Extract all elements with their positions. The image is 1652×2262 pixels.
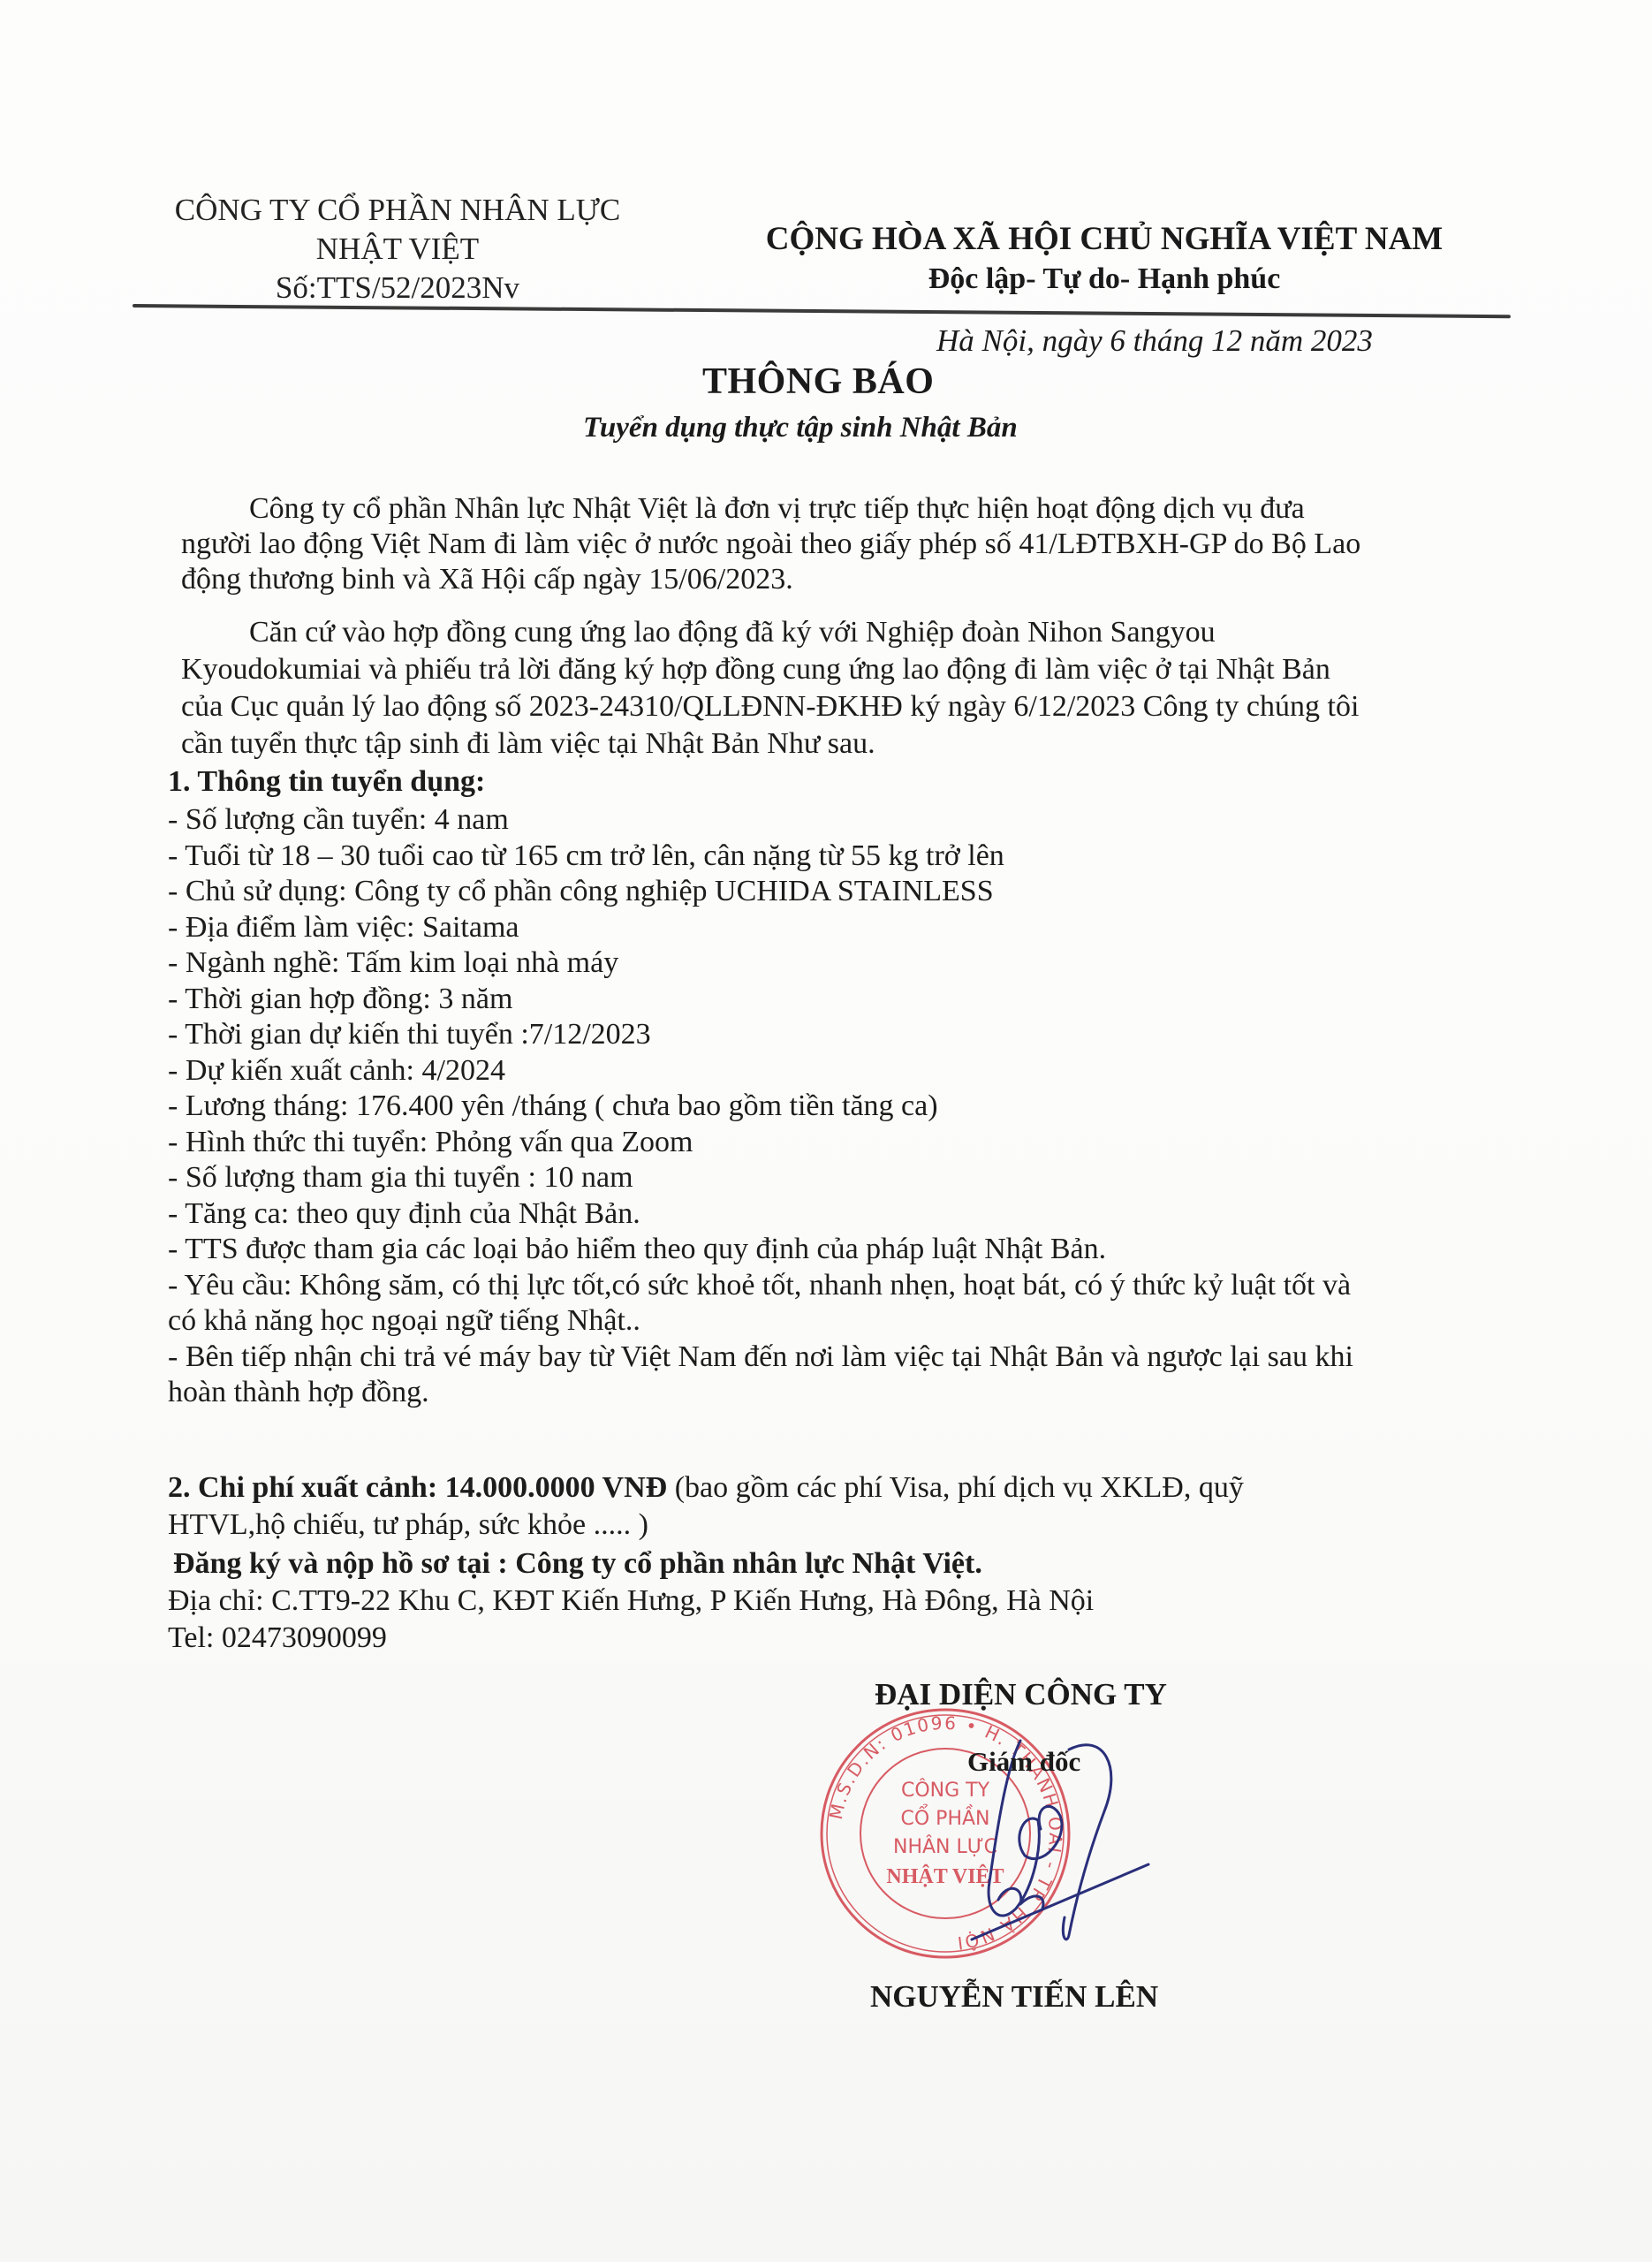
signer-role: Giám đốc <box>967 1746 1080 1778</box>
recruitment-info-item: - Chủ sử dụng: Công ty cổ phần công nghi… <box>168 874 994 909</box>
intro-p1-line: người lao động Việt Nam đi làm việc ở nư… <box>181 527 1360 562</box>
document-number: Số:TTS/52/2023Nv <box>133 269 663 307</box>
document-title: THÔNG BÁO <box>702 361 934 403</box>
nation-header: CỘNG HÒA XÃ HỘI CHỦ NGHĨA VIỆT NAM Độc l… <box>716 219 1493 299</box>
section1-heading: 1. Thông tin tuyển dụng: <box>168 764 485 800</box>
recruitment-info-item: - Số lượng tham gia thi tuyển : 10 nam <box>168 1160 633 1196</box>
intro-p1-line: Công ty cổ phần Nhân lực Nhật Việt là đơ… <box>249 491 1305 527</box>
registration-label: Đăng ký và nộp hồ sơ tại : Công ty cổ ph… <box>173 1546 982 1582</box>
intro-p1-line: động thương binh và Xã Hội cấp ngày 15/0… <box>181 562 793 597</box>
signer-name: NGUYỄN TIẾN LÊN <box>870 1979 1158 2015</box>
recruitment-info-item: - Địa điểm làm việc: Saitama <box>168 910 519 945</box>
document-page: CÔNG TY CỔ PHẦN NHÂN LỰC NHẬT VIỆT Số:TT… <box>0 0 1652 2262</box>
intro-p2-line: của Cục quản lý lao động số 2023-24310/Q… <box>181 689 1359 725</box>
company-address: Địa chỉ: C.TT9-22 Khu C, KĐT Kiến Hưng, … <box>168 1583 1094 1619</box>
recruitment-info-item: - Tăng ca: theo quy định của Nhật Bản. <box>168 1196 640 1232</box>
company-name-line2: NHẬT VIỆT <box>133 230 663 269</box>
national-motto: Độc lập- Tự do- Hạnh phúc <box>716 260 1493 299</box>
recruitment-info-item: - Tuổi từ 18 – 30 tuổi cao từ 165 cm trở… <box>168 839 1004 874</box>
recruitment-info-item: - Yêu cầu: Không săm, có thị lực tốt,có … <box>168 1268 1351 1303</box>
company-header: CÔNG TY CỔ PHẦN NHÂN LỰC NHẬT VIỆT Số:TT… <box>133 191 663 307</box>
recruitment-info-item: - Dự kiến xuất cảnh: 4/2024 <box>168 1053 505 1089</box>
recruitment-info-item: - Thời gian hợp đồng: 3 năm <box>168 982 512 1017</box>
cost-heading: 2. Chi phí xuất cảnh: 14.000.0000 VNĐ (b… <box>168 1470 1244 1506</box>
header-divider <box>133 304 1511 318</box>
recruitment-info-item: - Lương tháng: 176.400 yên /tháng ( chưa… <box>168 1089 938 1124</box>
intro-p2-line: Kyoudokumiai và phiếu trả lời đăng ký hợ… <box>181 652 1330 687</box>
recruitment-info-item: có khả năng học ngoại ngữ tiếng Nhật.. <box>168 1303 640 1339</box>
recruitment-info-item: - Số lượng cần tuyển: 4 nam <box>168 802 509 838</box>
recruitment-info-item: - Thời gian dự kiến thi tuyển :7/12/2023 <box>168 1017 651 1052</box>
intro-p2-line: Căn cứ vào hợp đồng cung ứng lao động đã… <box>249 615 1216 650</box>
company-phone: Tel: 02473090099 <box>168 1621 387 1656</box>
recruitment-info-item: - Ngành nghề: Tấm kim loại nhà máy <box>168 945 618 981</box>
recruitment-info-item: hoàn thành hợp đồng. <box>168 1375 429 1410</box>
intro-p2-line: cần tuyển thực tập sinh đi làm việc tại … <box>181 726 875 762</box>
document-date: Hà Nội, ngày 6 tháng 12 năm 2023 <box>936 323 1373 359</box>
nation-name: CỘNG HÒA XÃ HỘI CHỦ NGHĨA VIỆT NAM <box>716 219 1493 260</box>
document-subtitle: Tuyển dụng thực tập sinh Nhật Bản <box>583 412 1018 444</box>
recruitment-info-item: - Hình thức thi tuyển: Phỏng vấn qua Zoo… <box>168 1125 693 1160</box>
recruitment-info-item: - TTS được tham gia các loại bảo hiểm th… <box>168 1232 1106 1267</box>
cost-amount: 2. Chi phí xuất cảnh: 14.000.0000 VNĐ <box>168 1471 667 1504</box>
cost-details-line2: HTVL,hộ chiếu, tư pháp, sức khỏe ..... ) <box>168 1507 648 1543</box>
recruitment-info-item: - Bên tiếp nhận chi trả vé máy bay từ Vi… <box>168 1340 1353 1375</box>
company-name-line1: CÔNG TY CỔ PHẦN NHÂN LỰC <box>133 191 663 230</box>
cost-details: (bao gồm các phí Visa, phí dịch vụ XKLĐ,… <box>667 1471 1244 1504</box>
